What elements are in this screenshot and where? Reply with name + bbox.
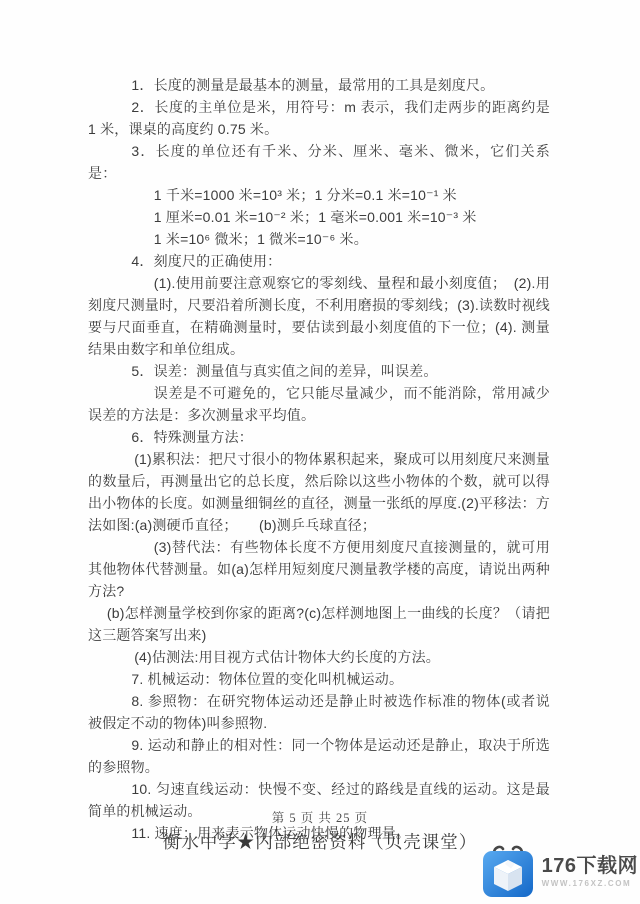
- paragraph: (b)怎样测量学校到你家的距离?(c)怎样测地图上一曲线的长度？（请把这三题答案…: [88, 602, 550, 646]
- paragraph: 1 千米=1000 米=10³ 米；1 分米=0.1 米=10⁻¹ 米: [88, 184, 550, 206]
- paragraph: 8. 参照物：在研究物体运动还是静止时被选作标准的物体(或者说被假定不动的物体)…: [88, 690, 550, 734]
- page-indicator: 第 5 页 共 25 页: [0, 808, 640, 826]
- document-page: 1．长度的测量是最基本的测量，最常用的工具是刻度尺。2．长度的主单位是米，用符号…: [0, 0, 640, 904]
- watermark-text: 176下载网 WWW.176XZ.COM: [542, 854, 638, 889]
- paragraph: 2．长度的主单位是米，用符号：m 表示，我们走两步的距离约是 1 米，课桌的高度…: [88, 96, 550, 140]
- paragraph: 7. 机械运动：物体位置的变化叫机械运动。: [88, 668, 550, 690]
- paragraph: 5．误差：测量值与真实值之间的差异，叫误差。: [88, 360, 550, 382]
- paragraph: 9. 运动和静止的相对性：同一个物体是运动还是静止，取决于所选的参照物。: [88, 734, 550, 778]
- paragraph: 1 厘米=0.01 米=10⁻² 米；1 毫米=0.001 米=10⁻³ 米: [88, 206, 550, 228]
- paragraph: 4．刻度尺的正确使用：: [88, 250, 550, 272]
- paragraph: 1 米=10⁶ 微米；1 微米=10⁻⁶ 米。: [88, 228, 550, 250]
- paragraph: (1)累积法：把尺寸很小的物体累积起来，聚成可以用刻度尺来测量的数量后，再测量出…: [88, 448, 550, 536]
- paragraph: (4)估测法:用目视方式估计物体大约长度的方法。: [88, 646, 550, 668]
- paragraph: 误差是不可避免的，它只能尽量减少，而不能消除，常用减少误差的方法是：多次测量求平…: [88, 382, 550, 426]
- watermark-site-url: WWW.176XZ.COM: [542, 878, 632, 889]
- paragraph: (3)替代法：有些物体长度不方便用刻度尺直接测量的，就可用其他物体代替测量。如(…: [88, 536, 550, 602]
- paragraph: 6．特殊测量方法：: [88, 426, 550, 448]
- download-box-icon: [481, 844, 535, 898]
- watermark-site-name: 176下载网: [542, 854, 638, 878]
- paragraph: (1).使用前要注意观察它的零刻线、量程和最小刻度值； (2).用刻度尺测量时，…: [88, 272, 550, 360]
- paragraph: 1．长度的测量是最基本的测量，最常用的工具是刻度尺。: [88, 74, 550, 96]
- notes-body: 1．长度的测量是最基本的测量，最常用的工具是刻度尺。2．长度的主单位是米，用符号…: [88, 74, 550, 844]
- site-watermark: 176下载网 WWW.176XZ.COM: [481, 844, 638, 898]
- paragraph: 3．长度的单位还有千米、分米、厘米、毫米、微米，它们关系是：: [88, 140, 550, 184]
